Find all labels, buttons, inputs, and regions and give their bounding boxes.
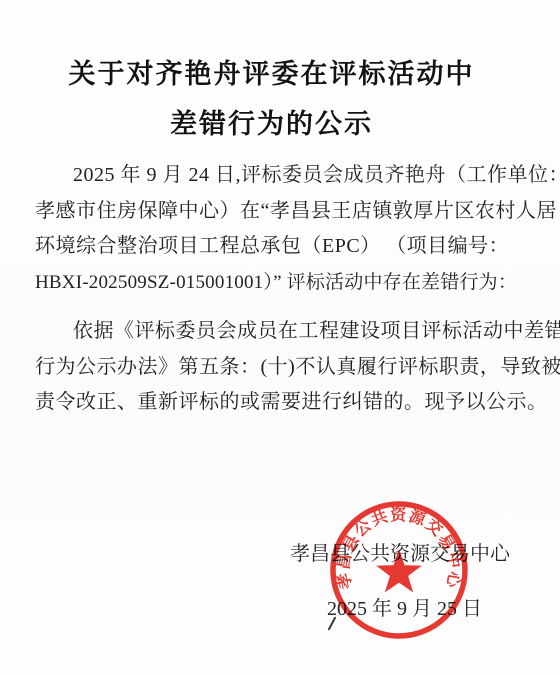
paragraph-basis: 依据《评标委员会成员在工程建设项目评标活动中差错 行为公示办法》第五条：(十)不… (35, 314, 542, 421)
paragraph-line: 2025 年 9 月 24 日,评标委员会成员齐艳舟（工作单位： (35, 158, 542, 194)
paragraph-incident: 2025 年 9 月 24 日,评标委员会成员齐艳舟（工作单位： 孝感市住房保障… (35, 158, 542, 300)
paragraph-line: 环境综合整治项目工程总承包（EPC） （项目编号： (35, 229, 542, 265)
paragraph-line: 责令改正、重新评标的或需要进行纠错的。现予以公示。 (35, 385, 542, 421)
signature-date: 2025 年 9 月 25 日 (327, 592, 482, 621)
paragraph-line: 孝感市住房保障中心）在“孝昌县王店镇敦厚片区农村人居 (35, 194, 542, 230)
paragraph-line-project-number: HBXI-202509SZ-015001001）” 评标活动中存在差错行为： (35, 265, 542, 301)
official-seal: 孝昌县公共资源交易中心 (321, 492, 477, 648)
notice-page: 关于对齐艳舟评委在评标活动中 差错行为的公示 2025 年 9 月 24 日,评… (0, 0, 560, 675)
notice-title-line2: 差错行为的公示 (35, 102, 508, 141)
official-seal-graphic: 孝昌县公共资源交易中心 (321, 492, 477, 648)
notice-title-line1: 关于对齐艳舟评委在评标活动中 (35, 52, 508, 91)
paragraph-line: 行为公示办法》第五条：(十)不认真履行评标职责，导致被 (35, 350, 542, 386)
signature-organization: 孝昌县公共资源交易中心 (290, 537, 510, 566)
paragraph-line: 依据《评标委员会成员在工程建设项目评标活动中差错 (35, 314, 542, 350)
